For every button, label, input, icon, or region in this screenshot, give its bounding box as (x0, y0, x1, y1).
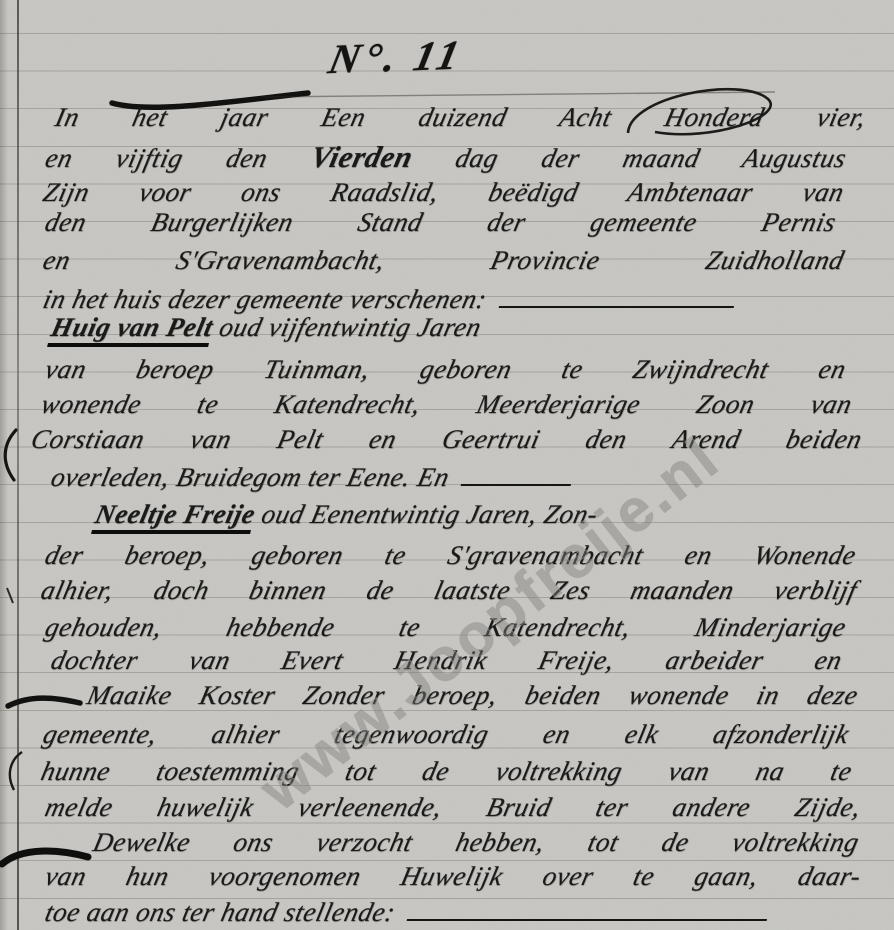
manuscript-line: Neeltje Freije oud Eenentwintig Jaren, Z… (92, 499, 601, 530)
manuscript-line: der beroep, geboren te S'gravenambacht e… (42, 540, 859, 571)
binding-edge (852, 0, 894, 930)
bride-name: Neeltje Freije (91, 499, 258, 534)
manuscript-line: Corstiaan van Pelt en Geertrui den Arend… (28, 424, 865, 455)
filler-rule (407, 896, 773, 921)
manuscript-line: Huig van Pelt oud vijfentwintig Jaren (48, 312, 484, 343)
record-number: N°. 11 (324, 32, 467, 85)
manuscript-line: gemeente, alhier tegenwoordig en elk afz… (40, 719, 852, 750)
manuscript-page: N°. 11 In het jaar Een duizend Acht Hond… (0, 0, 894, 930)
line-segment: toe aan ons ter hand stellende: (42, 897, 398, 927)
line-segment: oud vijfentwintig Jaren (209, 312, 484, 342)
manuscript-line: Maaike Koster Zonder beroep, beiden wone… (84, 680, 861, 711)
line-segment: in het huis dezer gemeente verschenen: (40, 284, 490, 314)
filler-rule (461, 461, 577, 486)
manuscript-line: Zijn voor ons Raadslid, beëdigd Ambtenaa… (40, 177, 847, 208)
manuscript-line: In het jaar Een duizend Acht Honderd vie… (52, 102, 869, 133)
line-segment: overleden, Bruidegom ter Eene. En (48, 462, 452, 492)
emphasized-day-word: Vierden (308, 140, 417, 174)
manuscript-line: en vijftig den Vierden dag der maand Aug… (42, 140, 850, 175)
filler-rule (498, 283, 739, 308)
manuscript-line: wonende te Katendrecht, Meerderjarige Zo… (38, 389, 855, 420)
manuscript-line: Dewelke ons verzocht hebben, tot de volt… (90, 827, 862, 858)
manuscript-line: den Burgerlijken Stand der gemeente Pern… (42, 207, 839, 238)
manuscript-line: melde huwelijk verleenende, Bruid ter an… (42, 792, 864, 823)
line-segment: dag der maand Augustus (409, 143, 850, 173)
manuscript-line: dochter van Evert Hendrik Freije, arbeid… (48, 645, 845, 676)
manuscript-line: hunne toestemming tot de voltrekking van… (38, 756, 855, 787)
manuscript-line: en S'Gravenambacht, Provincie Zuidhollan… (40, 245, 847, 276)
manuscript-line: alhier, doch binnen de laatste Zes maand… (38, 575, 860, 606)
manuscript-line: van hun voorgenomen Huwelijk over te gaa… (42, 861, 864, 892)
line-segment: oud Eenentwintig Jaren, Zon- (251, 499, 601, 529)
manuscript-line: gehouden, hebbende te Katendrecht, Minde… (42, 612, 849, 643)
manuscript-line: in het huis dezer gemeente verschenen: (40, 283, 739, 315)
manuscript-line: toe aan ons ter hand stellende: (42, 896, 773, 928)
groom-name: Huig van Pelt (47, 312, 216, 347)
manuscript-line: van beroep Tuinman, geboren te Zwijndrec… (42, 354, 849, 385)
manuscript-line: overleden, Bruidegom ter Eene. En (48, 461, 577, 493)
line-segment: en vijftig den (42, 143, 314, 173)
